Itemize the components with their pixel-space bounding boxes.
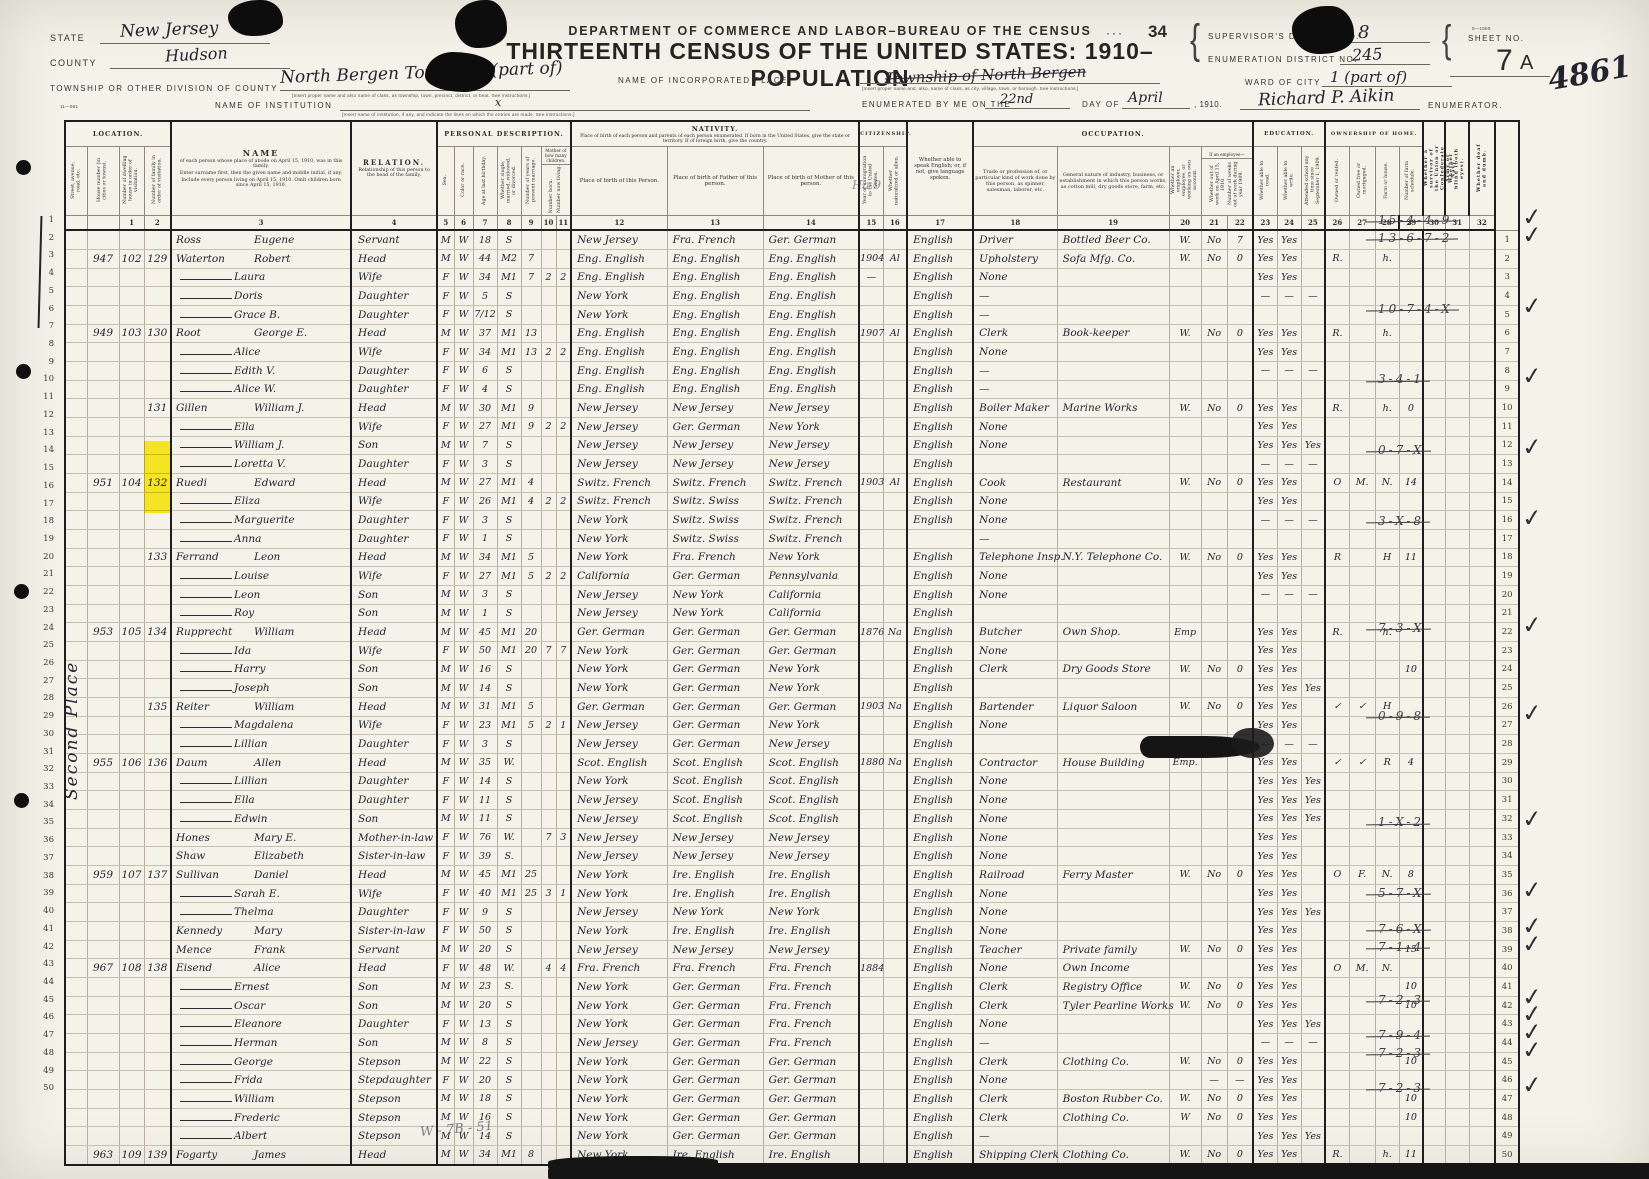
col-house [87, 791, 119, 810]
census-row: EllaDaughterFW11SNew JerseyScot. English… [65, 791, 1519, 810]
col-english: English [907, 753, 973, 772]
col-schedule [1399, 324, 1423, 343]
col-immigration [859, 1071, 883, 1090]
line-number: 27 [34, 676, 54, 686]
col-sex: F [437, 529, 454, 548]
col-family [144, 922, 171, 941]
line-number: 14 [34, 445, 54, 455]
col-sex: M [437, 473, 454, 492]
col-name: DaumAllen [171, 753, 351, 772]
col-sex: M [437, 1052, 454, 1071]
col-years-married [521, 810, 541, 829]
col-industry: Book-keeper [1057, 324, 1169, 343]
col-read: Yes [1253, 548, 1277, 567]
col-number: 24 [1277, 216, 1301, 231]
col-age: 14 [473, 772, 497, 791]
col-employer [1169, 455, 1201, 474]
col-years-married [521, 455, 541, 474]
col-children-born [541, 847, 556, 866]
col-children-living [556, 697, 571, 716]
col-industry: Clothing Co. [1057, 1108, 1169, 1127]
col-schedule: 10 [1399, 1108, 1423, 1127]
col-children-born [541, 940, 556, 959]
col-english: English [907, 716, 973, 735]
col-relation: Head [351, 399, 437, 418]
col-father-birthplace: Ger. German [667, 1090, 763, 1109]
col-owned: ✓ [1325, 697, 1349, 716]
col-schedule [1399, 1127, 1423, 1146]
col-children-living [556, 361, 571, 380]
col-age: 13 [473, 1015, 497, 1034]
header-sex: Sex. [437, 147, 454, 216]
col-sex: F [437, 735, 454, 754]
col-street [65, 1090, 87, 1109]
col-family: 129 [144, 249, 171, 268]
col-number: 7 [473, 216, 497, 231]
col-naturalized [883, 959, 907, 978]
col-english: English [907, 473, 973, 492]
right-brace: { [1442, 18, 1451, 63]
col-english: English [907, 828, 973, 847]
col-house [87, 1071, 119, 1090]
enum-district-label: ENUMERATION DISTRICT NO. [1208, 55, 1358, 64]
pencil-annotation: 5-7-X [1378, 886, 1425, 900]
census-row: FridaStepdaughterFW20SNew YorkGer. Germa… [65, 1071, 1519, 1090]
col-industry: Boston Rubber Co. [1057, 1090, 1169, 1109]
line-number: 27 [1495, 716, 1519, 735]
col-employer [1169, 268, 1201, 287]
col-birthplace: New York [571, 866, 667, 885]
col-street [65, 361, 87, 380]
col-schedule [1399, 959, 1423, 978]
header-dwelling: Number of dwelling house in order of vis… [119, 147, 144, 216]
line-number: 21 [34, 569, 54, 579]
col-children-living [556, 922, 571, 941]
col-house: 949 [87, 324, 119, 343]
col-school: Yes [1301, 1127, 1325, 1146]
col-sex: M [437, 1146, 454, 1165]
col-marital: S [497, 585, 521, 604]
col-marital: S [497, 1108, 521, 1127]
col-trade: None [973, 959, 1057, 978]
col-read: Yes [1253, 1052, 1277, 1071]
col-trade: Driver [973, 230, 1057, 249]
col-sex: M [437, 230, 454, 249]
col-father-birthplace: Eng. English [667, 249, 763, 268]
col-name: Frida [171, 1071, 351, 1090]
col-immigration: 1904 [859, 249, 883, 268]
col-farm [1375, 529, 1399, 548]
col-house [87, 847, 119, 866]
col-weeks: 0 [1227, 866, 1253, 885]
col-family [144, 585, 171, 604]
col-number: 22 [1227, 216, 1253, 231]
col-weeks: — [1227, 1071, 1253, 1090]
census-row: WilliamStepsonMW18SNew YorkGer. GermanGe… [65, 1090, 1519, 1109]
col-read: — [1253, 1034, 1277, 1053]
col-children-living [556, 1127, 571, 1146]
census-row: EleanoreDaughterFW13SNew YorkGer. German… [65, 1015, 1519, 1034]
col-relation: Wife [351, 268, 437, 287]
col-age: 27 [473, 567, 497, 586]
col-name: Marguerite [171, 511, 351, 530]
col-father-birthplace: Ger. German [667, 996, 763, 1015]
col-sex: F [437, 287, 454, 306]
col-name: KennedyMary [171, 922, 351, 941]
col-relation: Daughter [351, 380, 437, 399]
col-veteran [1423, 623, 1445, 642]
col-dwelling [119, 735, 144, 754]
col-children-living [556, 996, 571, 1015]
col-children-born: 7 [541, 641, 556, 660]
col-mortgage [1349, 735, 1375, 754]
col-schedule [1399, 455, 1423, 474]
col-outofwork: No [1201, 324, 1227, 343]
col-weeks [1227, 567, 1253, 586]
col-trade: None [973, 268, 1057, 287]
col-schedule [1399, 772, 1423, 791]
col-write: Yes [1277, 343, 1301, 362]
col-marital: S [497, 772, 521, 791]
line-number: 30 [1495, 772, 1519, 791]
col-family [144, 343, 171, 362]
col-family [144, 1127, 171, 1146]
col-mortgage: M. [1349, 473, 1375, 492]
col-write [1277, 380, 1301, 399]
county-line [110, 68, 290, 69]
line-number: 23 [1495, 641, 1519, 660]
enumerator-signature: Richard P. Aikin [1258, 86, 1395, 111]
col-father-birthplace: Ger. German [667, 1071, 763, 1090]
col-naturalized [883, 772, 907, 791]
col-children-living [556, 1108, 571, 1127]
col-color: W [454, 585, 473, 604]
col-owned [1325, 455, 1349, 474]
col-deaf [1469, 1071, 1495, 1090]
col-house [87, 604, 119, 623]
col-trade: None [973, 772, 1057, 791]
line-number: 12 [34, 410, 54, 420]
col-father-birthplace: Ger. German [667, 697, 763, 716]
col-years-married [521, 1015, 541, 1034]
col-write: Yes [1277, 697, 1301, 716]
line-number: 5 [34, 286, 54, 296]
col-farm: N. [1375, 866, 1399, 885]
col-relation: Sister-in-law [351, 922, 437, 941]
col-house [87, 679, 119, 698]
col-name: Sarah E. [171, 884, 351, 903]
line-number: 4 [1495, 287, 1519, 306]
col-children-born: 4 [541, 959, 556, 978]
col-schedule: 8 [1399, 866, 1423, 885]
col-years-married [521, 679, 541, 698]
col-employer [1169, 361, 1201, 380]
col-read: Yes [1253, 436, 1277, 455]
col-children-born [541, 473, 556, 492]
col-mother-birthplace: New Jersey [763, 940, 859, 959]
col-house: 955 [87, 753, 119, 772]
col-street [65, 1071, 87, 1090]
col-years-married: 13 [521, 324, 541, 343]
col-employer [1169, 417, 1201, 436]
col-father-birthplace: Switz. Swiss [667, 529, 763, 548]
census-row: LauraWifeFW34M1722Eng. EnglishEng. Engli… [65, 268, 1519, 287]
col-family [144, 230, 171, 249]
col-owned [1325, 585, 1349, 604]
col-school [1301, 641, 1325, 660]
col-father-birthplace: Ger. German [667, 1015, 763, 1034]
line-number: 40 [1495, 959, 1519, 978]
col-years-married [521, 940, 541, 959]
col-english: English [907, 978, 973, 997]
col-blind [1445, 455, 1469, 474]
col-mother-birthplace: Eng. English [763, 343, 859, 362]
col-immigration [859, 548, 883, 567]
col-marital: S [497, 529, 521, 548]
col-write: Yes [1277, 1146, 1301, 1165]
col-marital: M1 [497, 492, 521, 511]
col-name: Leon [171, 585, 351, 604]
col-years-married [521, 230, 541, 249]
col-outofwork [1201, 417, 1227, 436]
col-trade: Upholstery [973, 249, 1057, 268]
col-marital: S [497, 791, 521, 810]
group-home: OWNERSHIP OF HOME. [1325, 121, 1423, 147]
col-marital: S [497, 1127, 521, 1146]
col-dwelling: 103 [119, 324, 144, 343]
col-deaf [1469, 996, 1495, 1015]
col-weeks [1227, 492, 1253, 511]
col-mortgage [1349, 1108, 1375, 1127]
col-mother-birthplace: Ger. German [763, 1090, 859, 1109]
line-number: 35 [1495, 866, 1519, 885]
col-relation: Servant [351, 230, 437, 249]
col-children-born [541, 1127, 556, 1146]
col-number: 18 [973, 216, 1057, 231]
col-employer [1169, 343, 1201, 362]
col-employer [1169, 380, 1201, 399]
col-naturalized [883, 884, 907, 903]
col-relation: Daughter [351, 735, 437, 754]
col-family: 139 [144, 1146, 171, 1165]
col-mother-birthplace: New Jersey [763, 436, 859, 455]
col-relation: Son [351, 1034, 437, 1053]
col-relation: Son [351, 660, 437, 679]
col-street [65, 1108, 87, 1127]
col-school: — [1301, 735, 1325, 754]
col-blind [1445, 697, 1469, 716]
col-street [65, 287, 87, 306]
col-veteran [1423, 417, 1445, 436]
col-years-married: 9 [521, 417, 541, 436]
col-marital: S [497, 903, 521, 922]
col-trade: — [973, 1127, 1057, 1146]
col-father-birthplace: Eng. English [667, 380, 763, 399]
col-farm: h. [1375, 249, 1399, 268]
col-mother-birthplace: New York [763, 679, 859, 698]
col-industry: Clothing Co. [1057, 1052, 1169, 1071]
col-school [1301, 343, 1325, 362]
col-house [87, 380, 119, 399]
col-house [87, 529, 119, 548]
col-color: W [454, 567, 473, 586]
col-immigration [859, 903, 883, 922]
col-house [87, 361, 119, 380]
col-school [1301, 305, 1325, 324]
col-number: 21 [1201, 216, 1227, 231]
line-number: 50 [1495, 1146, 1519, 1165]
col-weeks: 0 [1227, 697, 1253, 716]
line-number: 34 [34, 800, 54, 810]
county-label: COUNTY [50, 58, 97, 68]
header-deaf: Whether deaf and dumb. [1469, 121, 1495, 216]
col-industry [1057, 828, 1169, 847]
header-house: House number (in cities or towns). [87, 147, 119, 216]
col-street [65, 866, 87, 885]
col-trade: — [973, 305, 1057, 324]
col-mortgage [1349, 1127, 1375, 1146]
col-family [144, 660, 171, 679]
col-veteran [1423, 1108, 1445, 1127]
col-deaf [1469, 324, 1495, 343]
col-read [1253, 604, 1277, 623]
line-number: 13 [1495, 455, 1519, 474]
col-dwelling [119, 922, 144, 941]
census-row: MargueriteDaughterFW3SNew YorkSwitz. Swi… [65, 511, 1519, 530]
col-relation: Mother-in-law [351, 828, 437, 847]
col-school [1301, 548, 1325, 567]
col-school [1301, 529, 1325, 548]
col-birthplace: New Jersey [571, 585, 667, 604]
supervisor-value: 8 [1358, 22, 1369, 43]
col-owned [1325, 380, 1349, 399]
col-employer: W. [1169, 473, 1201, 492]
col-industry: Sofa Mfg. Co. [1057, 249, 1169, 268]
col-school: Yes [1301, 772, 1325, 791]
col-mortgage [1349, 828, 1375, 847]
col-dwelling [119, 660, 144, 679]
col-blind [1445, 417, 1469, 436]
col-house: 951 [87, 473, 119, 492]
col-children-born [541, 585, 556, 604]
header-family: Number of family in order of visitation. [144, 147, 171, 216]
col-age: 14 [473, 679, 497, 698]
col-veteran [1423, 1052, 1445, 1071]
col-mortgage [1349, 716, 1375, 735]
col-immigration [859, 343, 883, 362]
col-immigration [859, 436, 883, 455]
line-number: 21 [1495, 604, 1519, 623]
col-age: 48 [473, 959, 497, 978]
census-row: LeonSonMW3SNew JerseyNew YorkCaliforniaE… [65, 585, 1519, 604]
col-street [65, 847, 87, 866]
col-immigration [859, 230, 883, 249]
header-schedule: Number of farm schedule. [1399, 147, 1423, 216]
col-school [1301, 1090, 1325, 1109]
col-immigration [859, 847, 883, 866]
col-naturalized [883, 380, 907, 399]
col-age: 18 [473, 230, 497, 249]
col-color: W [454, 735, 473, 754]
col-blind [1445, 903, 1469, 922]
pencil-checkmark: ✓ [1521, 1035, 1544, 1065]
line-number: 43 [34, 959, 54, 969]
col-years-married: 25 [521, 884, 541, 903]
col-marital: S [497, 940, 521, 959]
col-street [65, 380, 87, 399]
col-english: English [907, 1015, 973, 1034]
line-number: 16 [34, 481, 54, 491]
col-immigration: 1903 [859, 697, 883, 716]
col-employer [1169, 716, 1201, 735]
col-schedule [1399, 529, 1423, 548]
col-trade: None [973, 417, 1057, 436]
col-trade: None [973, 585, 1057, 604]
col-trade: Shipping Clerk [973, 1146, 1057, 1165]
col-children-born [541, 1034, 556, 1053]
col-mortgage: ✓ [1349, 753, 1375, 772]
col-color: W [454, 361, 473, 380]
col-blind [1445, 922, 1469, 941]
line-number: 44 [34, 977, 54, 987]
census-row: 133FerrandLeonHeadMW34M15New YorkFra. Fr… [65, 548, 1519, 567]
col-blind [1445, 810, 1469, 829]
scan-edge-strip [548, 1156, 718, 1168]
col-family [144, 810, 171, 829]
line-number: 39 [1495, 940, 1519, 959]
col-write: Yes [1277, 810, 1301, 829]
ward-line [1322, 86, 1452, 87]
col-english: English [907, 1071, 973, 1090]
col-industry [1057, 847, 1169, 866]
col-deaf [1469, 1052, 1495, 1071]
col-age: 3 [473, 585, 497, 604]
col-industry: Registry Office [1057, 978, 1169, 997]
col-sex: M [437, 996, 454, 1015]
col-number: 20 [1169, 216, 1201, 231]
col-children-living [556, 735, 571, 754]
pencil-checkmark: ✓ [1521, 610, 1544, 640]
col-deaf [1469, 511, 1495, 530]
col-children-living [556, 903, 571, 922]
col-street [65, 230, 87, 249]
col-employer: W. [1169, 1052, 1201, 1071]
col-marital: S [497, 679, 521, 698]
col-children-living [556, 287, 571, 306]
col-veteran [1423, 978, 1445, 997]
line-number: 33 [34, 782, 54, 792]
col-school: — [1301, 585, 1325, 604]
col-industry [1057, 567, 1169, 586]
col-owned: R. [1325, 324, 1349, 343]
col-dwelling: 108 [119, 959, 144, 978]
col-street [65, 529, 87, 548]
line-number: 19 [34, 534, 54, 544]
col-read: — [1253, 511, 1277, 530]
col-immigration [859, 604, 883, 623]
col-farm: R [1375, 753, 1399, 772]
header-write: Whether able to write. [1277, 147, 1301, 216]
group-location: LOCATION. [65, 121, 171, 147]
col-veteran [1423, 940, 1445, 959]
col-blind [1445, 772, 1469, 791]
col-father-birthplace: Ger. German [667, 1108, 763, 1127]
col-schedule: 0 [1399, 399, 1423, 418]
ward-label: WARD OF CITY [1245, 78, 1321, 87]
col-write: — [1277, 1034, 1301, 1053]
line-number: 16 [1495, 511, 1519, 530]
col-father-birthplace: Ger. German [667, 641, 763, 660]
